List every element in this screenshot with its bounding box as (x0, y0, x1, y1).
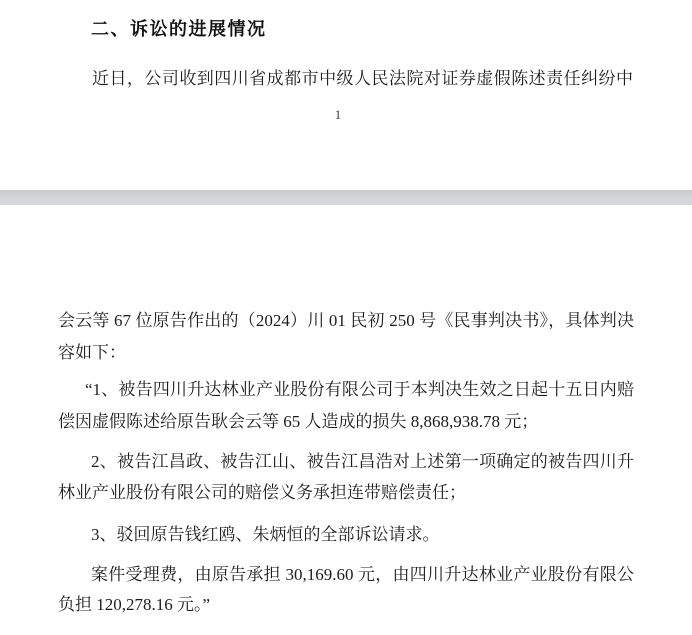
section-heading: 二、诉讼的进展情况 (91, 16, 267, 42)
judgment-text-line: 容如下： (58, 337, 126, 368)
paragraph-line: 近日，公司收到四川省成都市中级人民法院对证券虚假陈述责任纠纷中的耿 (92, 63, 633, 94)
judgment-text-line: 林业产业股份有限公司的赔偿义务承担连带赔偿责任； (58, 477, 466, 508)
judgment-text-line: “1、被告四川升达林业产业股份有限公司于本判决生效之日起十五日内赔 (85, 374, 634, 405)
page-number: 1 (0, 106, 676, 123)
judgment-text-line: 偿因虚假陈述给原告耿会云等 65 人造成的损失 8,868,938.78 元； (58, 406, 538, 437)
judgment-text-line: 2、被告江昌政、被告江山、被告江昌浩对上述第一项确定的被告四川升达 (91, 446, 634, 477)
judgment-text-line: 3、驳回原告钱红鸥、朱炳恒的全部诉讼请求。 (91, 519, 440, 550)
judgment-text-line: 会云等 67 位原告作出的（2024）川 01 民初 250 号《民事判决书》，… (58, 305, 634, 336)
judgment-text-line: 案件受理费，由原告承担 30,169.60 元，由四川升达林业产业股份有限公司 (91, 559, 634, 590)
page-break-separator (0, 190, 692, 205)
document-page-view: 二、诉讼的进展情况 近日，公司收到四川省成都市中级人民法院对证券虚假陈述责任纠纷… (0, 0, 692, 635)
judgment-text-line: 负担 120,278.16 元。” (58, 589, 210, 620)
